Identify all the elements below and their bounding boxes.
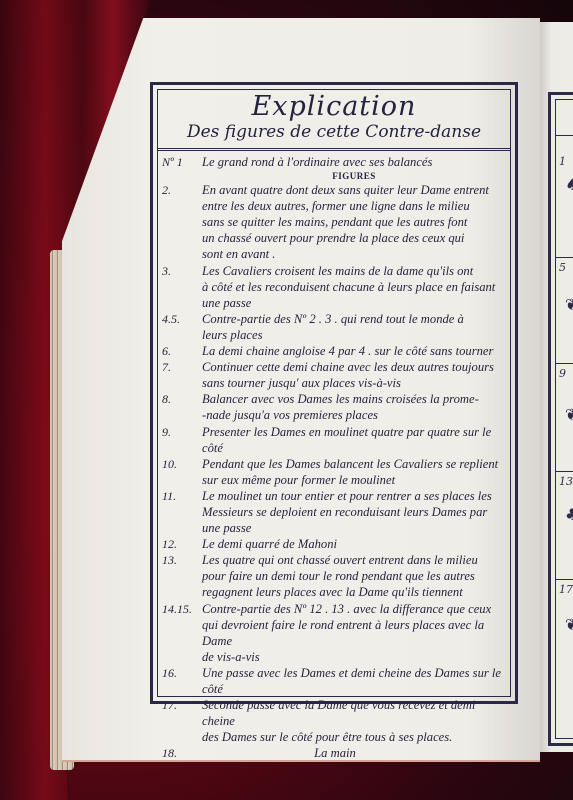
facing-cell-number: 9 (559, 367, 566, 380)
list-item: 6.La demi chaine angloise 4 par 4 . sur … (160, 343, 508, 359)
inner-frame: Explication Des figures de cette Contre-… (157, 89, 511, 697)
list-item: 4.5.Contre-partie des Nº 2 . 3 . qui ren… (160, 311, 508, 343)
entry-text: Les Cavaliers croisent les mains de la d… (202, 263, 508, 311)
entry-line: Continuer cette demi chaine avec les deu… (202, 359, 504, 375)
list-item: 3.Les Cavaliers croisent les mains de la… (160, 263, 508, 311)
list-item: 2.En avant quatre dont deux sans quiter … (160, 182, 508, 262)
entry-text: Pendant que les Dames balancent les Cava… (202, 456, 508, 488)
entry-number: 9. (160, 424, 202, 456)
entry-text: La demi chaine angloise 4 par 4 . sur le… (202, 343, 508, 359)
entry-line: sur eux même pour former le moulinet (202, 472, 504, 488)
facing-cell-number: 1 (559, 155, 566, 168)
entry-line: regagnent leurs places avec la Dame qu'i… (202, 584, 504, 600)
dance-figure-diagram-icon: ♠ (565, 175, 573, 194)
list-item: 16.Une passe avec les Dames et demi chei… (160, 665, 508, 697)
entry-number: 6. (160, 343, 202, 359)
entry-number: 17. (160, 697, 202, 745)
entry-line: Une passe avec les Dames et demi cheine … (202, 665, 504, 697)
entry-line: entre les deux autres, former une ligne … (202, 198, 504, 214)
list-item: 11.Le moulinet un tour entier et pour re… (160, 488, 508, 536)
entry-text: En avant quatre dont deux sans quiter le… (202, 182, 508, 262)
entry-number: 10. (160, 456, 202, 488)
entry-line: Contre-partie des Nº 12 . 13 . avec la d… (202, 601, 504, 617)
entry-text: Une passe avec les Dames et demi cheine … (202, 665, 508, 697)
facing-divider (555, 579, 573, 580)
entry-text: Contre-partie des Nº 12 . 13 . avec la d… (202, 601, 508, 665)
entry-text: Seconde passe avec la Dame que vous rece… (202, 697, 508, 745)
page-title: Explication (158, 92, 510, 122)
entry-line: Le demi quarré de Mahoni (202, 536, 504, 552)
entry-line: un chassé ouvert pour prendre la place d… (202, 230, 504, 246)
entry-number: 11. (160, 488, 202, 536)
engraved-frame: Explication Des figures de cette Contre-… (150, 82, 518, 704)
entry-number: 16. (160, 665, 202, 697)
entry-line: pour faire un demi tour le rond pendant … (202, 568, 504, 584)
entry-text: Balancer avec vos Dames les mains croisé… (202, 391, 508, 423)
facing-page-frame: 1 ♠ 5 ❦ 9 ❦ 13 ♣ 17 ❦ (548, 92, 573, 746)
entry-line: sans tourner jusqu' aux places vis-à-vis (202, 375, 504, 391)
entry-number: Nº 1 (160, 154, 202, 170)
entry-line: qui devroient faire le rond entrent à le… (202, 617, 504, 649)
entry-line: une passe (202, 295, 504, 311)
title-cartouche: Explication Des figures de cette Contre-… (158, 90, 510, 151)
entry-text: Le grand rond à l'ordinaire avec ses bal… (202, 154, 508, 170)
list-item: 9.Presenter les Dames en moulinet quatre… (160, 424, 508, 456)
entry-line: Balancer avec vos Dames les mains croisé… (202, 391, 504, 407)
entry-line: Seconde passe avec la Dame que vous rece… (202, 697, 504, 729)
list-item: 8.Balancer avec vos Dames les mains croi… (160, 391, 508, 423)
entry-line: Les Cavaliers croisent les mains de la d… (202, 263, 504, 279)
list-item: 10.Pendant que les Dames balancent les C… (160, 456, 508, 488)
list-item: 18. La main (160, 745, 508, 761)
entry-text: Contre-partie des Nº 2 . 3 . qui rend to… (202, 311, 508, 343)
entry-line: Contre-partie des Nº 2 . 3 . qui rend to… (202, 311, 504, 327)
entry-line: -nade jusqu'a vos premieres places (202, 407, 504, 423)
page-subtitle: Des figures de cette Contre-danse (158, 122, 510, 142)
entry-line: Les quatre qui ont chassé ouvert entrent… (202, 552, 504, 568)
entry-line: leurs places (202, 327, 504, 343)
entry-text: Le demi quarré de Mahoni (202, 536, 508, 552)
list-item: 12.Le demi quarré de Mahoni (160, 536, 508, 552)
entry-line: En avant quatre dont deux sans quiter le… (202, 182, 504, 198)
facing-divider (555, 471, 573, 472)
entry-number: 2. (160, 182, 202, 262)
entry-line: à côté et les reconduisent chacune à leu… (202, 279, 504, 295)
entry-number: 18. (160, 745, 202, 761)
entry-number: 3. (160, 263, 202, 311)
facing-divider (555, 135, 573, 136)
entry-line: des Dames sur le côté pour être tous à s… (202, 729, 504, 745)
figures-list: Nº 1 Le grand rond à l'ordinaire avec se… (160, 154, 508, 761)
entry-line: La demi chaine angloise 4 par 4 . sur le… (202, 343, 504, 359)
entry-number: 14.15. (160, 601, 202, 665)
facing-divider (555, 257, 573, 258)
list-item: 13.Les quatre qui ont chassé ouvert entr… (160, 552, 508, 600)
entries-container: 2.En avant quatre dont deux sans quiter … (160, 182, 508, 745)
dance-figure-diagram-icon: ❦ (565, 295, 573, 314)
entry-text: Continuer cette demi chaine avec les deu… (202, 359, 508, 391)
entry-line: Messieurs se deploient en reconduisant l… (202, 504, 504, 536)
entry-number: 8. (160, 391, 202, 423)
entry-line: sont en avant . (202, 246, 504, 262)
dance-figure-diagram-icon: ❦ (565, 615, 573, 634)
dance-figure-diagram-icon: ❦ (565, 405, 573, 424)
entry-line: sans se quitter les mains, pendant que l… (202, 214, 504, 230)
entry-line: Le moulinet un tour entier et pour rentr… (202, 488, 504, 504)
list-item: 7.Continuer cette demi chaine avec les d… (160, 359, 508, 391)
facing-cell-number: 13 (559, 475, 573, 488)
entry-number: 7. (160, 359, 202, 391)
list-item: Nº 1 Le grand rond à l'ordinaire avec se… (160, 154, 508, 170)
entry-line: de vis-a-vis (202, 649, 504, 665)
entry-text: Les quatre qui ont chassé ouvert entrent… (202, 552, 508, 600)
entry-line: Presenter les Dames en moulinet quatre p… (202, 424, 504, 456)
facing-divider (555, 363, 573, 364)
facing-cell-number: 17 (559, 583, 573, 596)
entry-number: 13. (160, 552, 202, 600)
entry-text: La main (202, 745, 508, 761)
entry-number: 4.5. (160, 311, 202, 343)
list-item: 17.Seconde passe avec la Dame que vous r… (160, 697, 508, 745)
entry-text: Presenter les Dames en moulinet quatre p… (202, 424, 508, 456)
list-item: 14.15.Contre-partie des Nº 12 . 13 . ave… (160, 601, 508, 665)
entry-line: Pendant que les Dames balancent les Cava… (202, 456, 504, 472)
dance-figure-diagram-icon: ♣ (565, 505, 573, 524)
facing-cell-number: 5 (559, 261, 566, 274)
figures-heading: FIGURES (200, 170, 508, 182)
entry-number: 12. (160, 536, 202, 552)
entry-text: Le moulinet un tour entier et pour rentr… (202, 488, 508, 536)
